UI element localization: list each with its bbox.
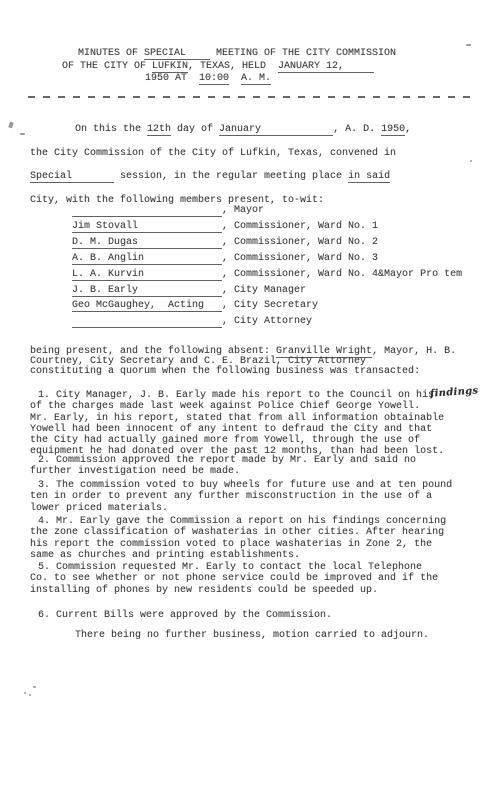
- para5: 5. Commission requested Mr. Early to con…: [30, 562, 438, 596]
- dashed-separator: [28, 96, 470, 98]
- scanned-minutes-page: MINUTES OF SPECIAL MEETING OF THE CITY C…: [0, 0, 487, 800]
- members: , MayorJim Stovall , Commissioner, Ward …: [72, 203, 462, 330]
- noise-speck: [29, 694, 31, 696]
- noise-speck: [8, 121, 14, 128]
- header: MINUTES OF SPECIAL MEETING OF THE CITY C…: [62, 48, 396, 86]
- noise-speck: [470, 160, 472, 162]
- handwritten-annotation: findings: [430, 385, 479, 399]
- para6: 6. Current Bills were approved by the Co…: [30, 610, 332, 621]
- para1: 1. City Manager, J. B. Early made his re…: [30, 390, 444, 458]
- noise-speck: [33, 686, 36, 688]
- para4: 4. Mr. Early gave the Commission a repor…: [30, 516, 446, 561]
- para3: 3. The commission voted to buy wheels fo…: [30, 480, 452, 514]
- noise-speck: [466, 44, 471, 46]
- present: being present, and the following absent:…: [30, 347, 456, 377]
- para2: 2. Commission approved the report made b…: [30, 455, 416, 478]
- noise-speck: [20, 133, 25, 135]
- opening: On this the 12th day of January , A. D. …: [30, 118, 411, 212]
- closing: There being no further business, motion …: [30, 630, 429, 641]
- noise-speck: [24, 692, 26, 694]
